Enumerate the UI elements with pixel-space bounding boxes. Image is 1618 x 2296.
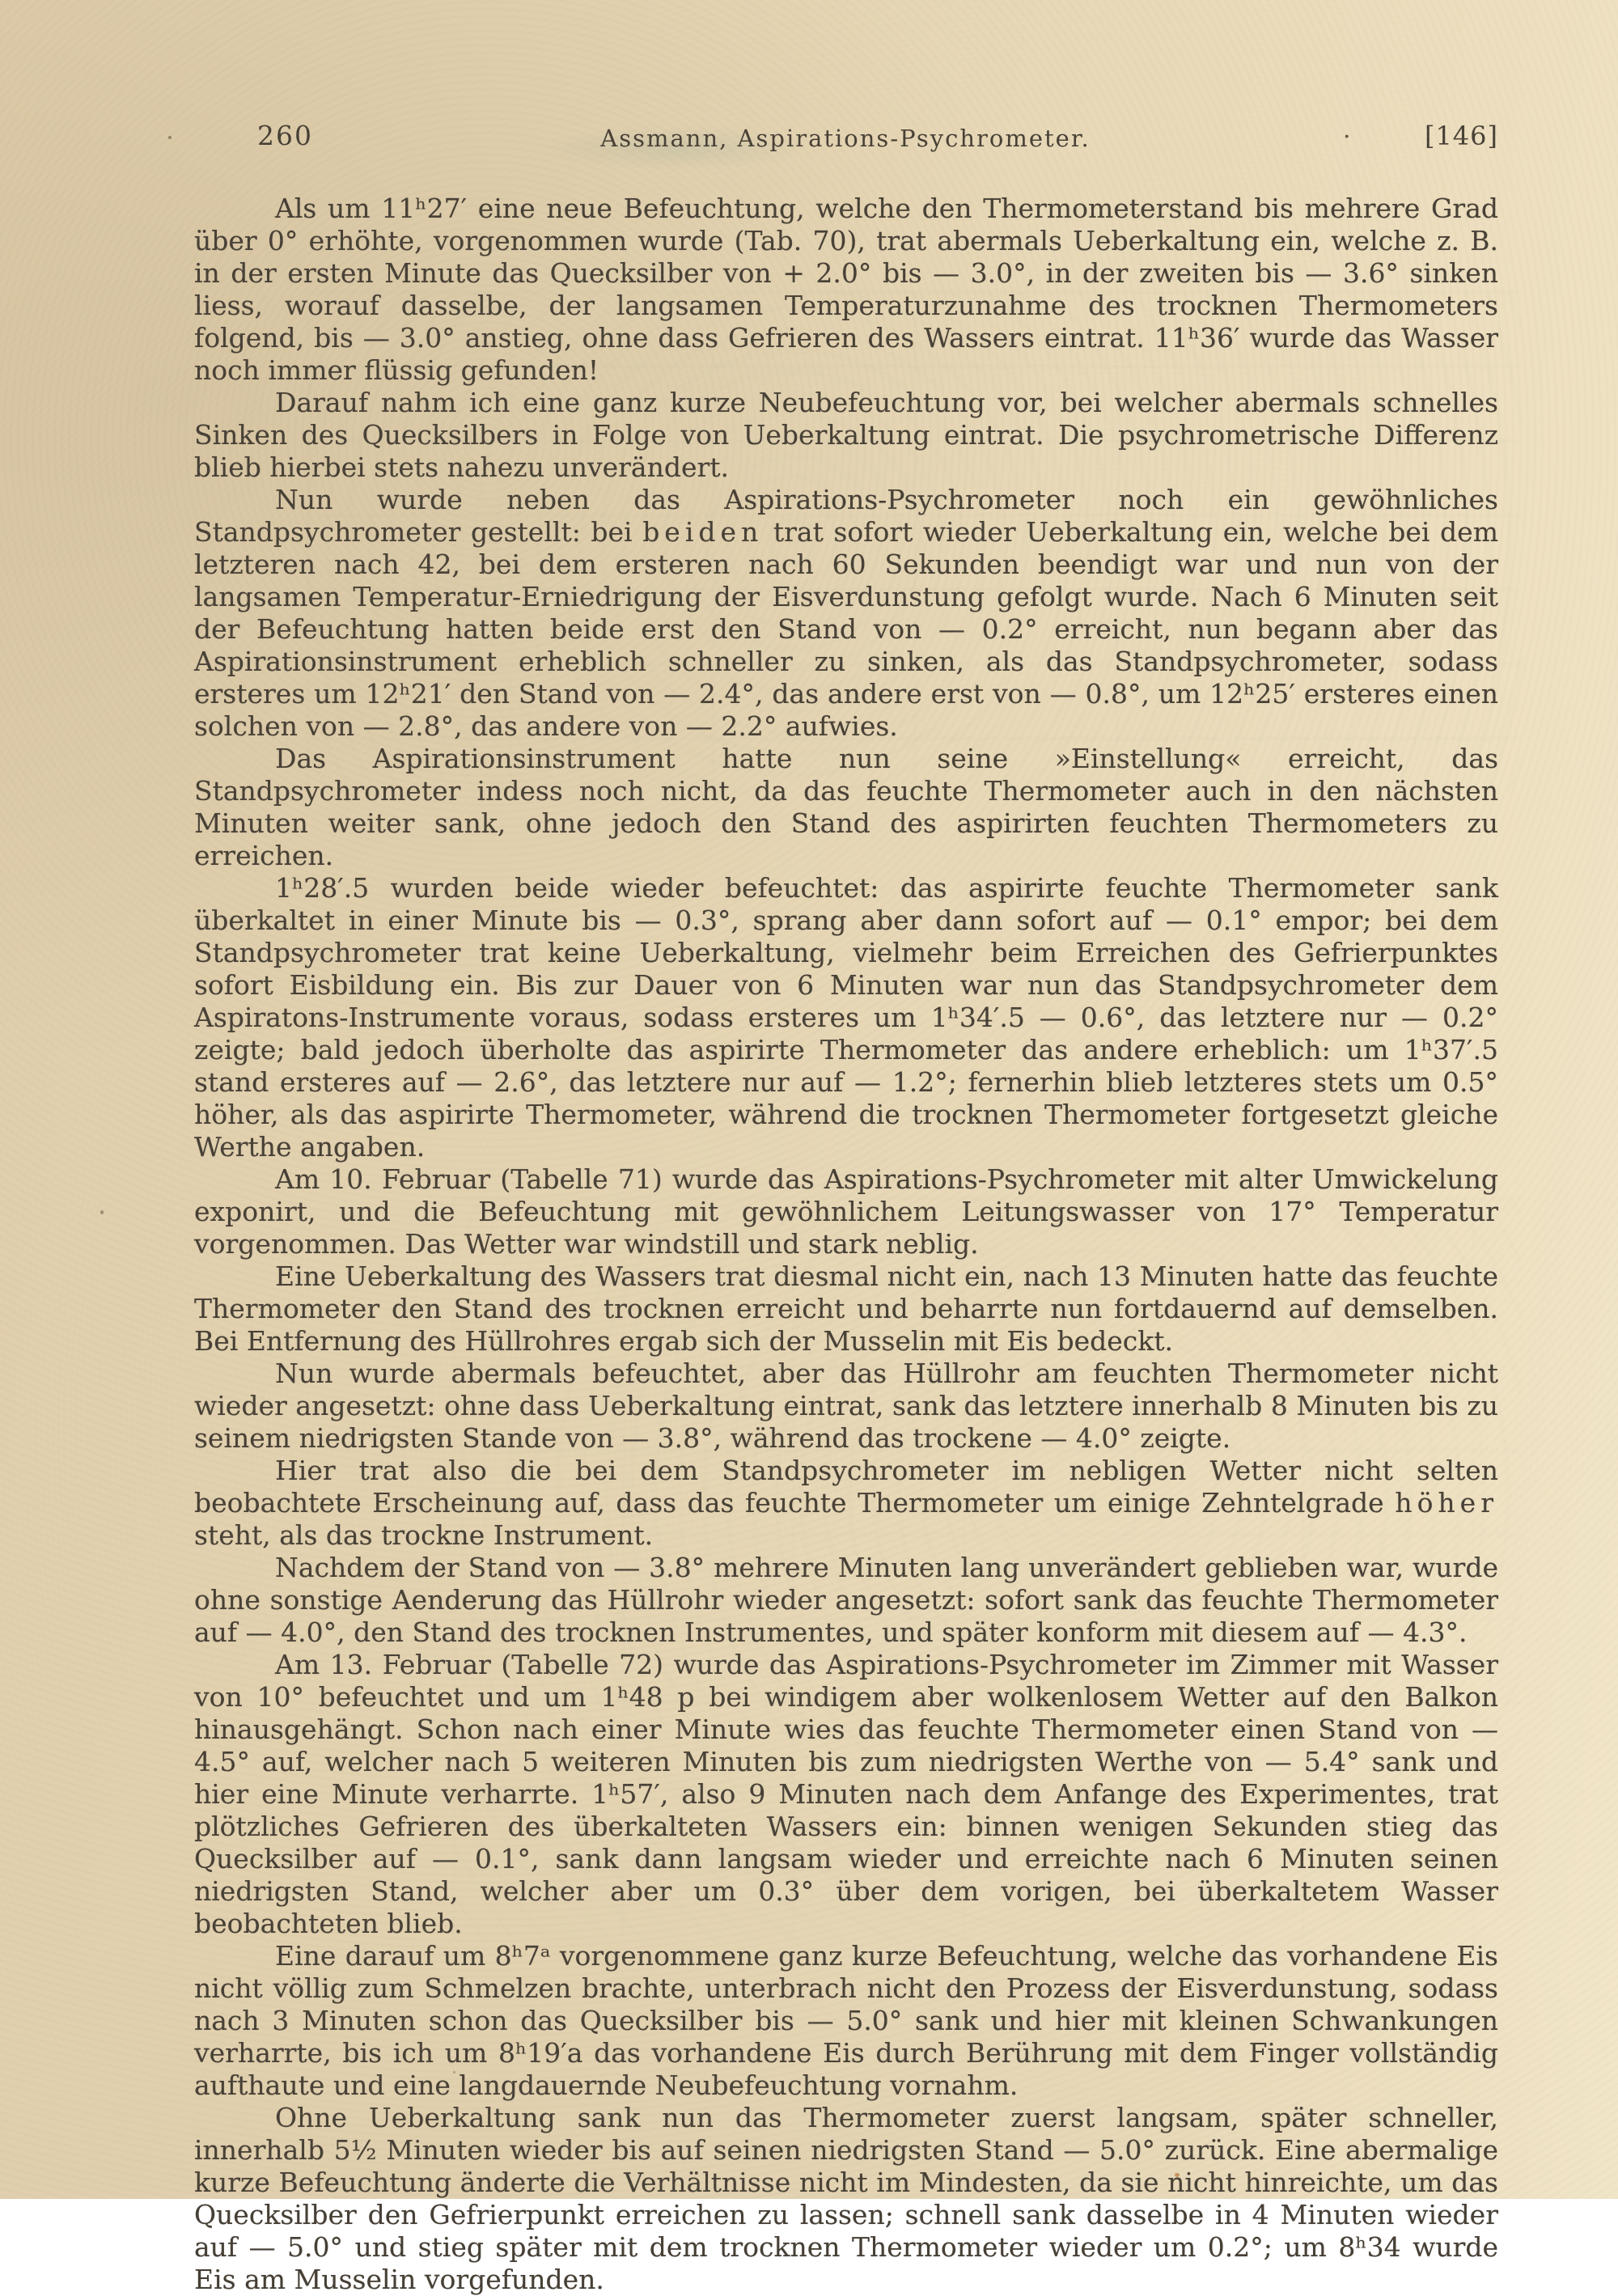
- paragraph-4: Das Aspirationsinstrument hatte nun sein…: [194, 743, 1498, 872]
- paragraph-9-emphasis: höher: [1395, 1487, 1498, 1519]
- paper-speck: [168, 136, 172, 139]
- paragraph-10: Nachdem der Stand von — 3.8° mehrere Min…: [194, 1552, 1498, 1649]
- paragraph-1: Als um 11ʰ27′ eine neue Befeuchtung, wel…: [194, 193, 1498, 387]
- paragraph-3-post: trat sofort wieder Ueberkaltung ein, wel…: [194, 516, 1498, 742]
- paragraph-13: Ohne Ueberkaltung sank nun das Thermomet…: [194, 2102, 1498, 2199]
- paragraph-12: Eine darauf um 8ʰ7ᵃ vorgenommene ganz ku…: [194, 1940, 1498, 2102]
- paragraph-9: Hier trat also die bei dem Standpsychrom…: [194, 1455, 1498, 1552]
- paragraph-5: 1ʰ28′.5 wurden beide wieder befeuchtet: …: [194, 872, 1498, 1163]
- text-column: Als um 11ʰ27′ eine neue Befeuchtung, wel…: [194, 193, 1498, 2199]
- column-number: [146]: [1425, 120, 1498, 152]
- paragraph-2: Darauf nahm ich eine ganz kurze Neubefeu…: [194, 387, 1498, 484]
- paragraph-3: Nun wurde neben das Aspirations-Psychrom…: [194, 484, 1498, 743]
- paragraph-6: Am 10. Februar (Tabelle 71) wurde das As…: [194, 1163, 1498, 1260]
- header-dot-mark: ·: [1343, 121, 1351, 154]
- paragraph-11: Am 13. Februar (Tabelle 72) wurde das As…: [194, 1649, 1498, 1940]
- paragraph-9-pre: Hier trat also die bei dem Standpsychrom…: [194, 1455, 1498, 1519]
- page-number: 260: [257, 120, 313, 152]
- paragraph-3-emphasis: beiden: [642, 516, 763, 548]
- paragraph-8: Nun wurde abermals befeuchtet, aber das …: [194, 1358, 1498, 1455]
- paragraph-9-post: steht, als das trockne Instrument.: [194, 1519, 653, 1551]
- running-header-title: Assmann, Aspirations-Psychrometer.: [600, 122, 1090, 155]
- paragraph-7: Eine Ueberkaltung des Wassers trat diesm…: [194, 1260, 1498, 1358]
- paper-speck: [100, 1210, 104, 1214]
- scanned-book-page: 260 Assmann, Aspirations-Psychrometer. ·…: [0, 0, 1618, 2199]
